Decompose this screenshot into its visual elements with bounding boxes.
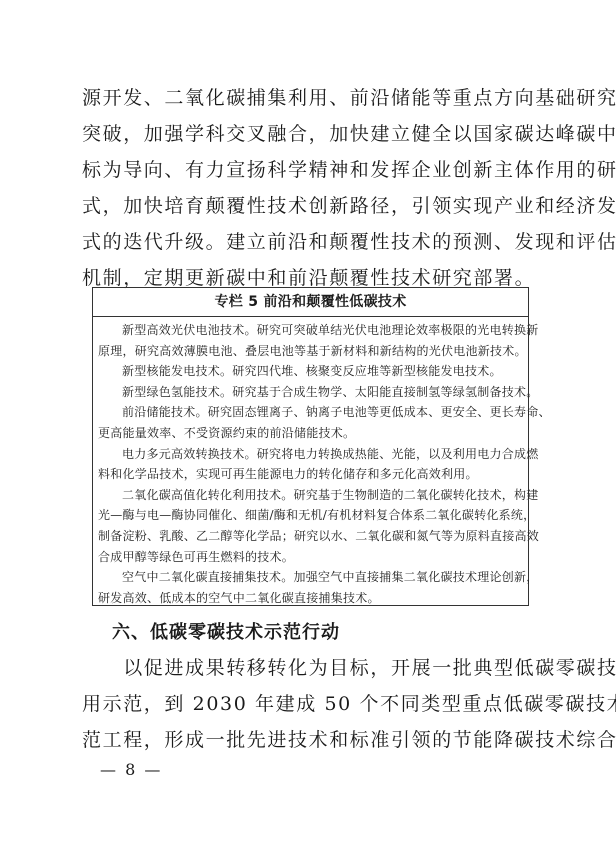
box-text-line: 电力多元高效转换技术。研究将电力转换成热能、光能，以及利用电力合成燃: [98, 444, 524, 465]
page-number: — 8 —: [100, 760, 162, 779]
box-text-line: 空气中二氧化碳直接捕集技术。加强空气中直接捕集二氧化碳技术理论创新，: [98, 567, 524, 588]
box-text-line: 二氧化碳高值化转化利用技术。研究基于生物制造的二氧化碳转化技术，构建: [98, 485, 524, 506]
section-heading: 六、低碳零碳技术示范行动: [112, 618, 340, 648]
box-text-line: 新型高效光伏电池技术。研究可突破单结光伏电池理论效率极限的光电转换新: [98, 320, 524, 341]
box-text-line: 前沿储能技术。研究固态锂离子、钠离子电池等更低成本、更安全、更长寿命、: [98, 402, 524, 423]
box-text-line: 制备淀粉、乳酸、乙二醇等化学品；研究以水、二氧化碳和氮气等为原料直接高效: [98, 526, 524, 547]
paragraph-line: 突破，加强学科交叉融合，加快建立健全以国家碳达峰碳中和目: [82, 116, 542, 152]
box-body: 新型高效光伏电池技术。研究可突破单结光伏电池理论效率极限的光电转换新原理，研究高…: [93, 317, 528, 608]
box-text-line: 原理，研究高效薄膜电池、叠层电池等基于新材料和新结构的光伏电池新技术。: [98, 341, 524, 362]
paragraph-line: 用示范，到 2030 年建成 50 个不同类型重点低碳零碳技术应用示: [82, 686, 542, 722]
box-title: 专栏 5 前沿和颠覆性低碳技术: [93, 288, 528, 317]
box-text-line: 更高能量效率、不受资源约束的前沿储能技术。: [98, 423, 524, 444]
paragraph-line: 式的迭代升级。建立前沿和颠覆性技术的预测、发现和评估预警: [82, 224, 542, 260]
box-text-line: 料和化学品技术，实现可再生能源电力的转化储存和多元化高效利用。: [98, 464, 524, 485]
paragraph-line: 以促进成果转移转化为目标，开展一批典型低碳零碳技术应: [82, 650, 542, 686]
box-text-line: 合成甲醇等绿色可再生燃料的技术。: [98, 547, 524, 568]
box-text-line: 研发高效、低成本的空气中二氧化碳直接捕集技术。: [98, 588, 524, 609]
box-text-line: 新型核能发电技术。研究四代堆、核聚变反应堆等新型核能发电技术。: [98, 361, 524, 382]
paragraph-line: 标为导向、有力宣扬科学精神和发挥企业创新主体作用的研究模: [82, 152, 542, 188]
paragraph-line: 式，加快培育颠覆性技术创新路径，引领实现产业和经济发展方: [82, 188, 542, 224]
box-text-line: 新型绿色氢能技术。研究基于合成生物学、太阳能直接制氢等绿氢制备技术。: [98, 382, 524, 403]
paragraph-line: 源开发、二氧化碳捕集利用、前沿储能等重点方向基础研究最新: [82, 80, 542, 116]
paragraph-line: 范工程，形成一批先进技术和标准引领的节能降碳技术综合解决: [82, 722, 542, 758]
document-page: 源开发、二氧化碳捕集利用、前沿储能等重点方向基础研究最新 突破，加强学科交叉融合…: [0, 0, 616, 852]
box-text-line: 光—酶与电—酶协同催化、细菌/酶和无机/有机材料复合体系二氧化碳转化系统，: [98, 505, 524, 526]
sidebar-box-column-5: 专栏 5 前沿和颠覆性低碳技术 新型高效光伏电池技术。研究可突破单结光伏电池理论…: [92, 287, 529, 606]
